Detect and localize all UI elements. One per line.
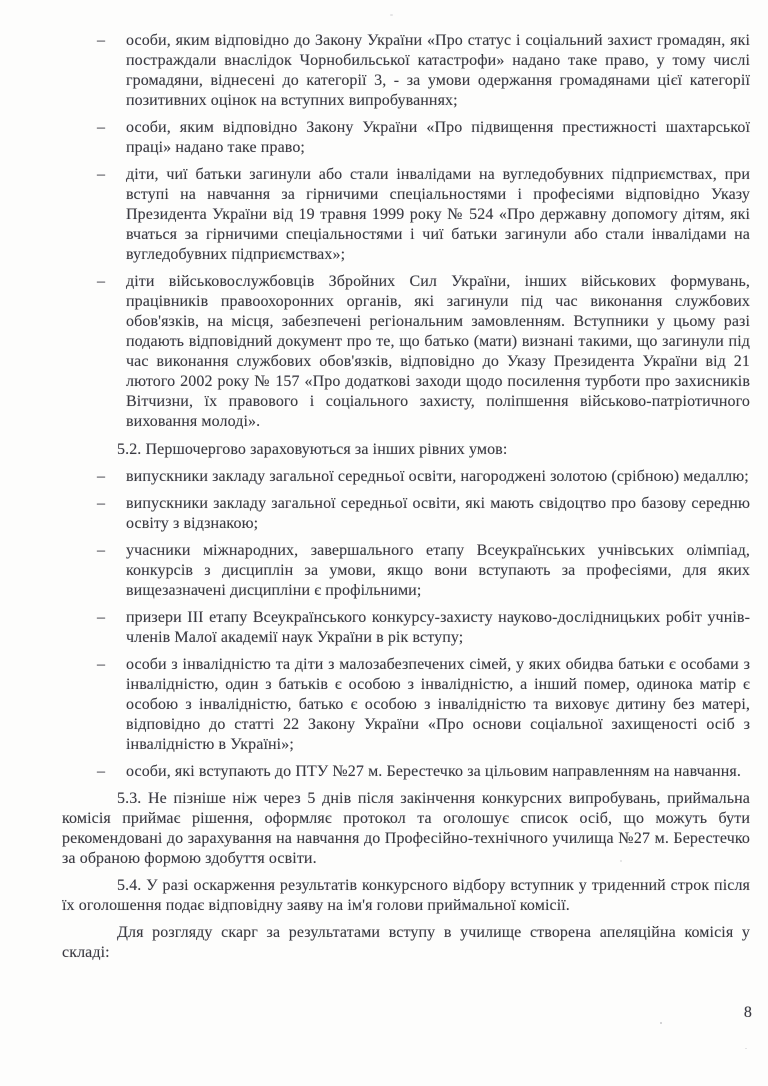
bullet-dash: – xyxy=(97,467,105,487)
list-item-text: особи, які вступають до ПТУ №27 м. Берес… xyxy=(126,763,741,780)
paragraph-appeal-commission: Для розгляду скарг за результатами вступ… xyxy=(62,923,750,963)
list-item: – учасники міжнародних, завершального ет… xyxy=(62,541,750,601)
section-5-2-heading: 5.2. Першочергово зараховуються за інших… xyxy=(62,440,750,460)
list-item-text: випускники закладу загальної середньої о… xyxy=(126,468,749,485)
list-item: – особи, яким відповідно Закону України … xyxy=(62,118,750,158)
bullet-dash: – xyxy=(97,541,105,561)
list-item-text: особи, яким відповідно до Закону України… xyxy=(126,32,750,109)
bullet-dash: – xyxy=(97,272,105,292)
list-item-text: особи з інвалідністю та діти з малозабез… xyxy=(126,656,750,753)
list-item: – особи, яким відповідно до Закону Украї… xyxy=(62,31,750,111)
list-item-text: діти військовослужбовців Збройних Сил Ук… xyxy=(126,273,750,430)
bullet-dash: – xyxy=(97,494,105,514)
list-item-text: призери III етапу Всеукраїнського конкур… xyxy=(126,609,750,646)
list-item: – призери III етапу Всеукраїнського конк… xyxy=(62,608,750,648)
paragraph-5-4: 5.4. У разі оскарження результатів конку… xyxy=(62,876,750,916)
bullet-dash: – xyxy=(97,165,105,185)
list-item: – діти, чиї батьки загинули або стали ін… xyxy=(62,165,750,265)
page-number: 8 xyxy=(744,1003,752,1023)
list-item: – особи з інвалідністю та діти з малозаб… xyxy=(62,655,750,755)
first-priority-list: – випускники закладу загальної середньої… xyxy=(62,467,750,782)
scan-speck xyxy=(660,1022,662,1024)
list-item-text: діти, чиї батьки загинули або стали інва… xyxy=(126,166,750,263)
list-item-text: особи, яким відповідно Закону України «П… xyxy=(126,119,750,156)
priority-right-list: – особи, яким відповідно до Закону Украї… xyxy=(62,31,750,432)
bullet-dash: – xyxy=(97,118,105,138)
list-item-text: учасники міжнародних, завершального етап… xyxy=(126,542,750,599)
bullet-dash: – xyxy=(97,31,105,51)
list-item: – діти військовослужбовців Збройних Сил … xyxy=(62,272,750,432)
document-page: – особи, яким відповідно до Закону Украї… xyxy=(0,0,768,1086)
scan-speck xyxy=(390,14,393,16)
bullet-dash: – xyxy=(97,608,105,628)
bullet-dash: – xyxy=(97,762,105,782)
scan-speck xyxy=(745,1048,747,1049)
paragraph-5-3: 5.3. Не пізніше ніж через 5 днів після з… xyxy=(62,789,750,869)
list-item: – особи, які вступають до ПТУ №27 м. Бер… xyxy=(62,762,750,782)
list-item-text: випускники закладу загальної середньої о… xyxy=(126,495,750,532)
list-item: – випускники закладу загальної середньої… xyxy=(62,467,750,487)
list-item: – випускники закладу загальної середньої… xyxy=(62,494,750,534)
scan-speck xyxy=(620,860,622,862)
bullet-dash: – xyxy=(97,655,105,675)
